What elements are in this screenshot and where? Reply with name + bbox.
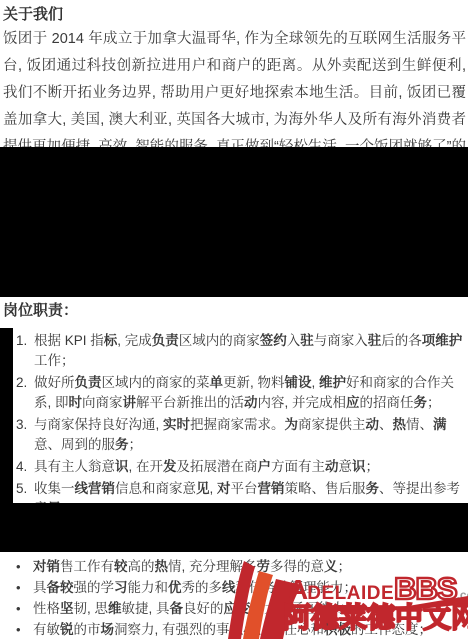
bullet-icon: • <box>16 598 33 619</box>
text-segment: 意、周到的服 <box>34 437 115 452</box>
text-segment: 热 <box>393 417 407 432</box>
text-segment: 能力和 <box>128 580 169 595</box>
text-segment: 情、 <box>406 417 433 432</box>
text-segment: 做好所 <box>34 375 75 390</box>
text-segment: 情, 充分理解多 <box>168 559 257 574</box>
requirement-item: •对销售工作有较高的热情, 充分理解多劳多得的意义； <box>16 556 466 577</box>
text-segment: 务 <box>115 437 129 452</box>
text-segment: 负责 <box>152 333 179 348</box>
about-heading: 关于我们 <box>3 3 63 24</box>
text-segment: 识 <box>352 459 366 474</box>
text-segment: 与商家入 <box>314 333 368 348</box>
text-segment: 负责 <box>75 375 102 390</box>
item-text: 具有主人翁意识, 在开发及拓展潜在商户方面有主动意识； <box>34 457 466 477</box>
text-segment: 务 <box>414 395 428 410</box>
text-segment: 对 <box>217 481 231 496</box>
text-segment: 优 <box>168 580 182 595</box>
item-text: 做好所负责区域内的商家的菜单更新, 物料铺设, 维护好和商家的合作关系, 即时向… <box>34 373 466 413</box>
text-segment: 标 <box>104 333 118 348</box>
text-segment: 、 <box>379 417 393 432</box>
item-text: 性格坚韧, 思维敏捷, 具备良好的应变能力和承压能力； <box>33 598 466 619</box>
text-segment: 秀的多 <box>182 580 223 595</box>
text-segment: 线营销 <box>75 481 116 496</box>
bullet-icon: • <box>16 577 33 598</box>
text-segment: 洞察力, 有强烈的事 <box>114 622 230 637</box>
text-segment: 备 <box>170 601 184 616</box>
text-segment: 项维护 <box>422 333 463 348</box>
text-segment: 具有主人翁意 <box>34 459 115 474</box>
responsibilities-heading: 岗位职责： <box>3 299 78 320</box>
item-text: 有敏锐的市场洞察力, 有强烈的事业心、责任心和积极的工作态度； <box>33 619 466 639</box>
text-segment: 的市 <box>74 622 101 637</box>
text-segment: 商家提供主 <box>298 417 366 432</box>
text-segment: , <box>312 375 320 390</box>
text-segment: 单 <box>210 375 224 390</box>
job-posting-document: 关于我们 饭团于 2014 年成立于加拿大温哥华, 作为全球领先的互联网生活服务… <box>0 0 468 639</box>
responsibility-item: 3.与商家保持良好沟通, 实时把握商家需求。为商家提供主动、热情、满意、周到的服… <box>16 415 466 455</box>
text-segment: 入 <box>287 333 301 348</box>
text-segment: ； <box>366 459 380 474</box>
text-segment: 具 <box>33 580 47 595</box>
text-segment: 任心和 <box>284 622 325 637</box>
text-segment: 时 <box>69 395 83 410</box>
text-segment: 平台 <box>231 481 258 496</box>
text-segment: 发 <box>163 459 177 474</box>
text-segment: , <box>210 481 218 496</box>
text-segment: 意 <box>339 459 353 474</box>
text-segment: 有敏 <box>33 622 60 637</box>
text-segment: 驻 <box>368 333 382 348</box>
text-segment: 把握商家需求。 <box>190 417 285 432</box>
text-segment: 铺设 <box>285 375 312 390</box>
text-segment: 良好的 <box>183 601 224 616</box>
item-text: 具备较强的学习能力和优秀的多线程任务的管理能力； <box>33 577 466 598</box>
text-segment: 的招商任 <box>360 395 414 410</box>
item-number: 1. <box>16 331 34 371</box>
requirements-list: •对销售工作有较高的热情, 充分理解多劳多得的意义；•具备较强的学习能力和优秀的… <box>16 556 466 639</box>
text-segment: 区域内的商家 <box>179 333 260 348</box>
item-text: 与商家保持良好沟通, 实时把握商家需求。为商家提供主动、热情、满意、周到的服务； <box>34 415 466 455</box>
text-segment: ； <box>427 395 441 410</box>
text-segment: 内容, 并完成相 <box>258 395 347 410</box>
redacted-block-top <box>0 147 468 297</box>
text-segment: 较 <box>114 559 128 574</box>
text-segment: 讲 <box>123 395 137 410</box>
text-segment: 心、 <box>243 622 270 637</box>
text-segment: 多得的意 <box>270 559 324 574</box>
text-segment: 维护 <box>319 375 346 390</box>
text-segment: 习 <box>114 580 128 595</box>
text-segment: 为 <box>285 417 299 432</box>
text-segment: 收集一 <box>34 481 75 496</box>
text-segment: 锐 <box>60 622 74 637</box>
text-segment: 性格 <box>33 601 60 616</box>
redacted-strip-left <box>0 328 13 504</box>
text-segment: 强的学 <box>74 580 115 595</box>
text-segment: 线 <box>222 580 236 595</box>
text-segment: ； <box>129 437 143 452</box>
text-segment: 维 <box>108 601 122 616</box>
requirement-item: •有敏锐的市场洞察力, 有强烈的事业心、责任心和积极的工作态度； <box>16 619 466 639</box>
text-segment: 方面有主 <box>271 459 325 474</box>
text-segment: 程任务的管理能力； <box>236 580 358 595</box>
text-segment: ； <box>338 559 352 574</box>
text-segment: 售工作有 <box>60 559 114 574</box>
text-segment: 对销 <box>33 559 60 574</box>
text-segment: 识 <box>115 459 129 474</box>
responsibility-item: 2.做好所负责区域内的商家的菜单更新, 物料铺设, 维护好和商家的合作关系, 即… <box>16 373 466 413</box>
text-segment: 应 <box>346 395 360 410</box>
responsibility-item: 1.根据 KPI 指标, 完成负责区域内的商家签约入驻与商家入驻后的各项维护工作… <box>16 331 466 371</box>
text-segment: 与商家保持良好沟通, <box>34 417 163 432</box>
text-segment: 场 <box>101 622 115 637</box>
text-segment: 向商家 <box>82 395 123 410</box>
text-segment: 区域内的商家的菜 <box>102 375 210 390</box>
text-segment: 根据 KPI 指 <box>34 333 104 348</box>
text-segment: 及拓展潜在商 <box>177 459 258 474</box>
text-segment: 后的各 <box>381 333 422 348</box>
text-segment: 能力和承压能力； <box>251 601 359 616</box>
text-segment: 见 <box>196 481 210 496</box>
text-segment: 务 <box>366 481 380 496</box>
item-number: 3. <box>16 415 34 455</box>
text-segment: 积极 <box>324 622 351 637</box>
responsibility-item: 4.具有主人翁意识, 在开发及拓展潜在商户方面有主动意识； <box>16 457 466 477</box>
text-segment: , 在开 <box>129 459 164 474</box>
text-segment: , 完成 <box>117 333 152 348</box>
text-segment: 动 <box>325 459 339 474</box>
text-segment: 动 <box>244 395 258 410</box>
text-segment: 工作； <box>34 353 75 368</box>
text-segment: 备较 <box>47 580 74 595</box>
text-segment: 更新, 物料 <box>223 375 285 390</box>
requirement-item: •性格坚韧, 思维敏捷, 具备良好的应变能力和承压能力； <box>16 598 466 619</box>
text-segment: 劳 <box>257 559 271 574</box>
bullet-icon: • <box>16 556 33 577</box>
text-segment: 坚 <box>60 601 74 616</box>
item-number: 4. <box>16 457 34 477</box>
text-segment: 签约 <box>260 333 287 348</box>
text-segment: 营销 <box>258 481 285 496</box>
text-segment: 业 <box>230 622 244 637</box>
text-segment: 义 <box>324 559 338 574</box>
text-segment: 策略、售后服 <box>285 481 366 496</box>
item-text: 根据 KPI 指标, 完成负责区域内的商家签约入驻与商家入驻后的各项维护工作； <box>34 331 466 371</box>
text-segment: 热 <box>155 559 169 574</box>
text-segment: 敏捷, 具 <box>122 601 170 616</box>
text-segment: 责 <box>270 622 284 637</box>
text-segment: 韧, 思 <box>74 601 109 616</box>
item-number: 2. <box>16 373 34 413</box>
text-segment: 实时 <box>163 417 190 432</box>
text-segment: 满 <box>433 417 447 432</box>
text-segment: 户 <box>258 459 272 474</box>
text-segment: 高的 <box>128 559 155 574</box>
item-text: 对销售工作有较高的热情, 充分理解多劳多得的意义； <box>33 556 466 577</box>
text-segment: 应变 <box>224 601 251 616</box>
text-segment: 信息和商家意 <box>115 481 196 496</box>
text-segment: 动 <box>366 417 380 432</box>
text-segment: 驻 <box>300 333 314 348</box>
bullet-icon: • <box>16 619 33 639</box>
requirement-item: •具备较强的学习能力和优秀的多线程任务的管理能力； <box>16 577 466 598</box>
redacted-block-bottom <box>0 503 468 552</box>
text-segment: 解平台新推出的活 <box>136 395 244 410</box>
text-segment: 的工作态度； <box>351 622 432 637</box>
